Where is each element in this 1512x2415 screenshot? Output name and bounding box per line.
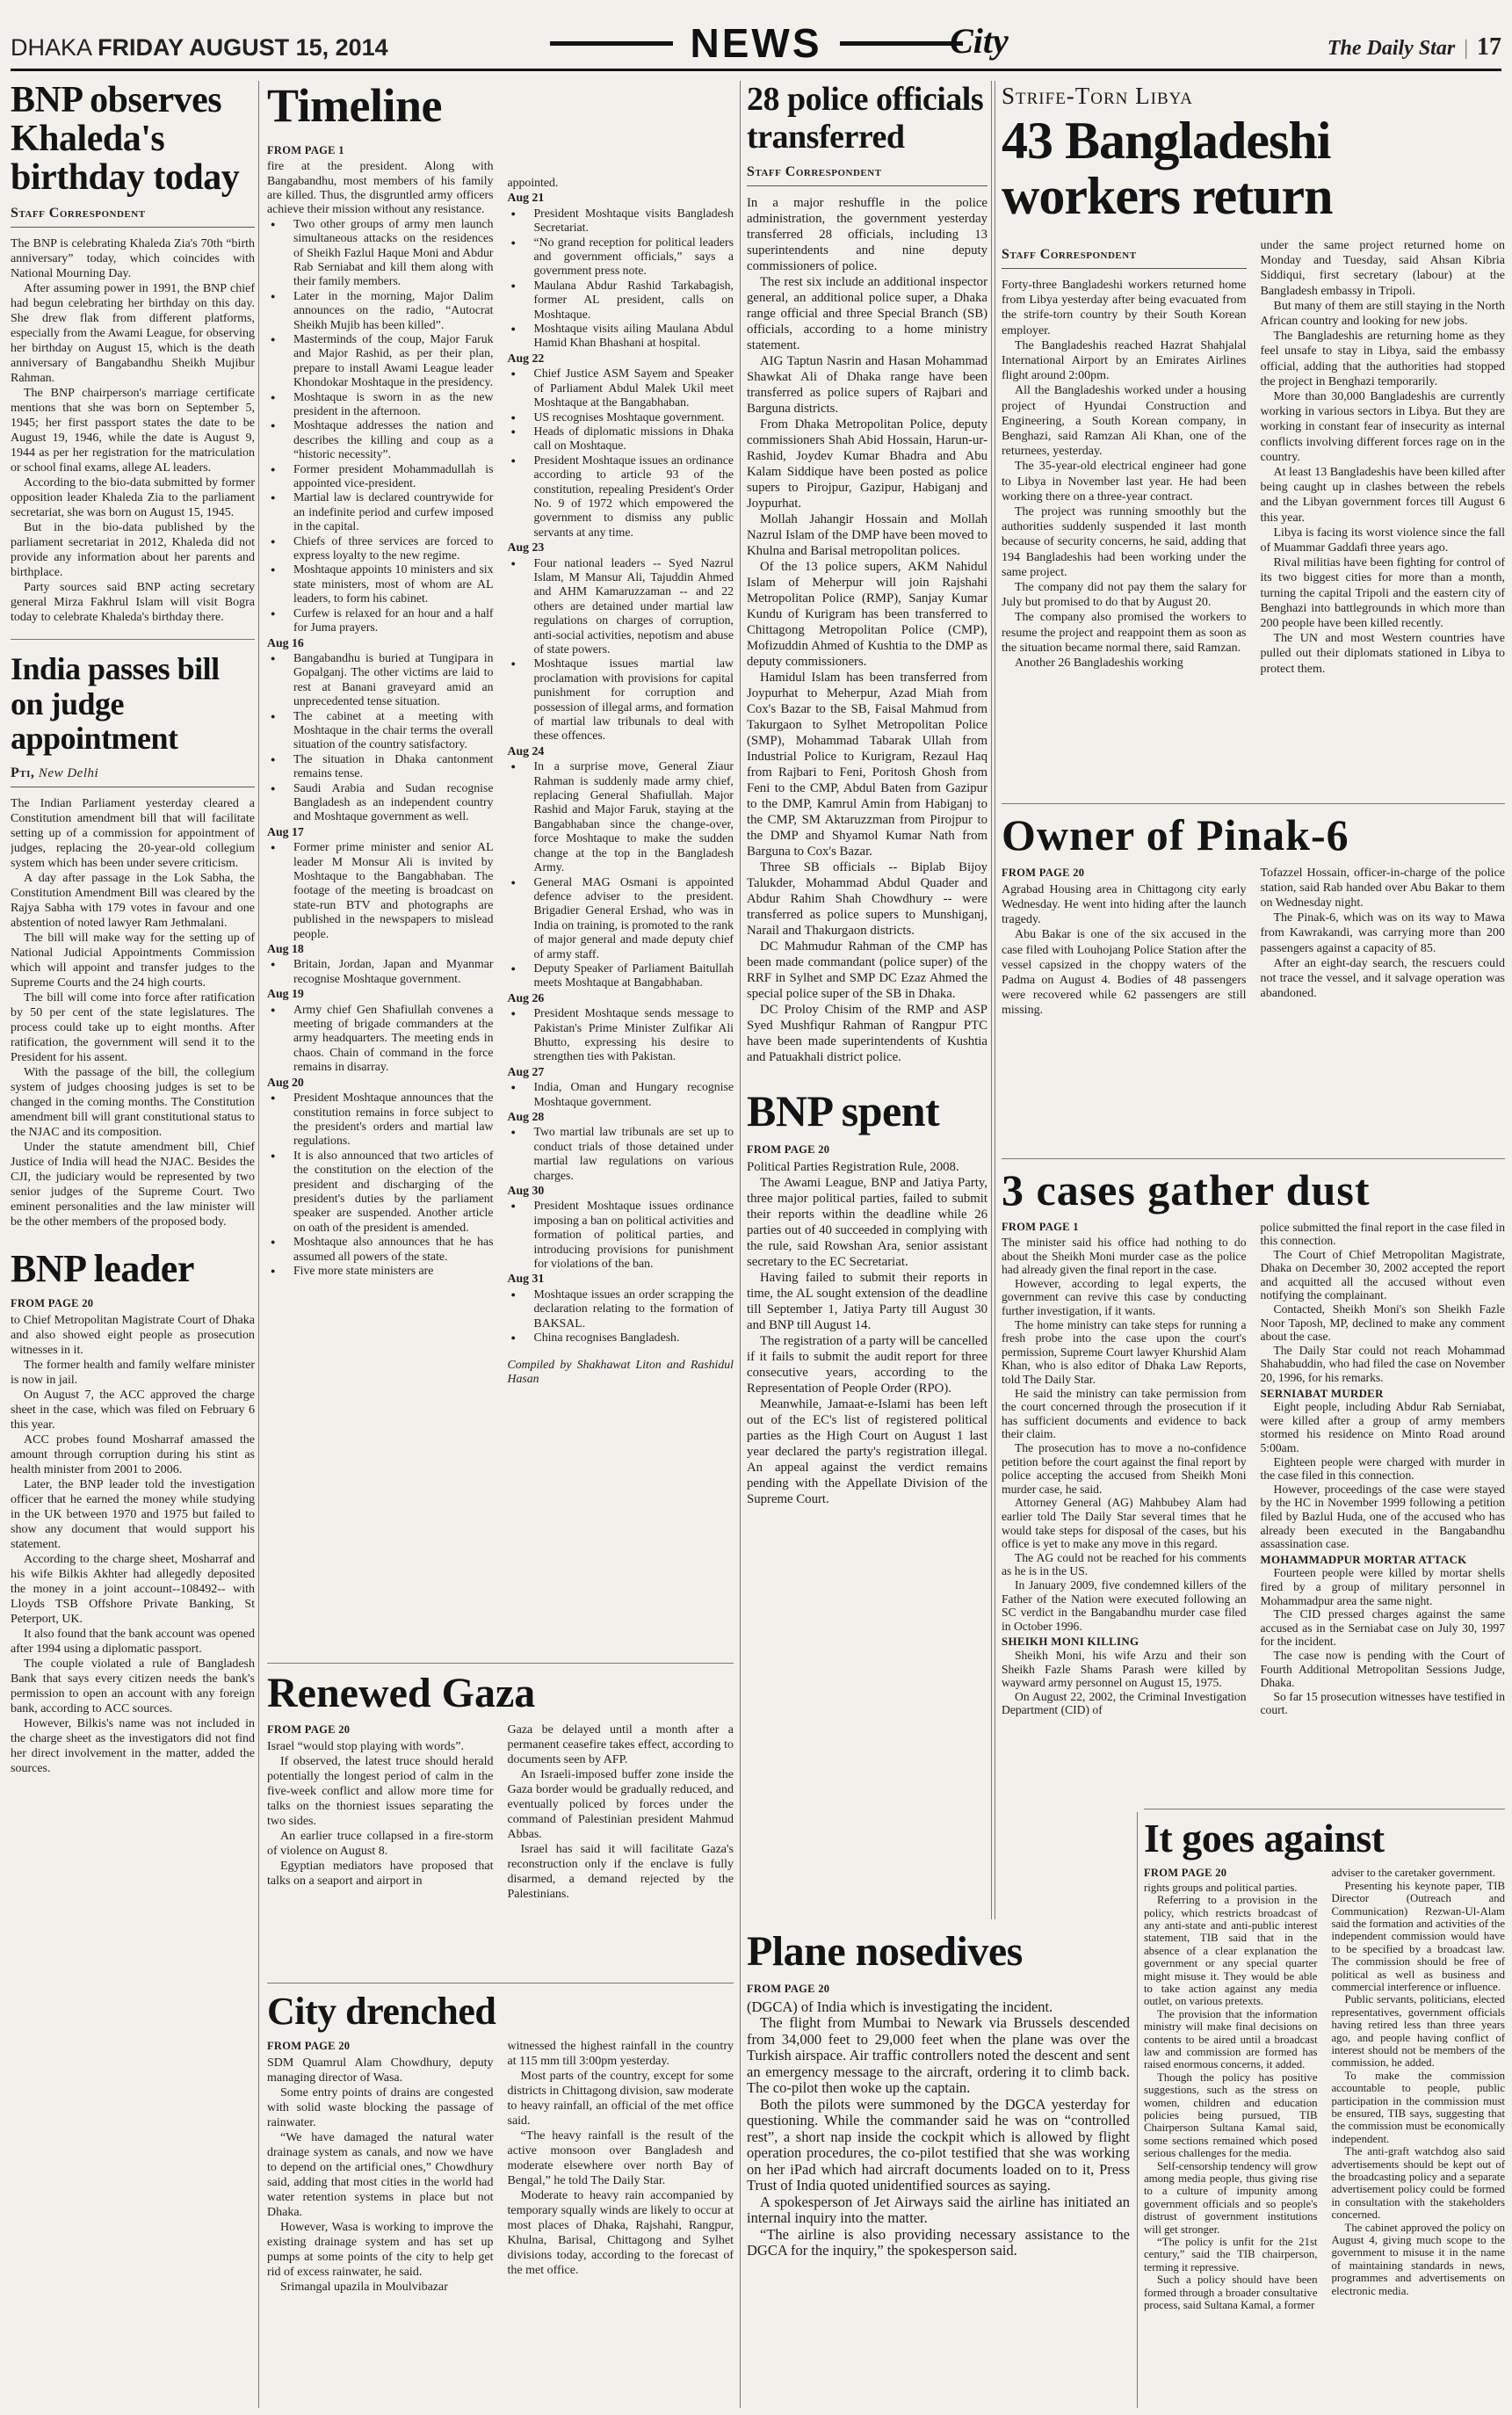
bullet-icon: ● — [271, 606, 275, 620]
paragraph: Mollah Jahangir Hossain and Mollah Nazru… — [747, 511, 988, 559]
pinak-column-right: Tofazzel Hossain, officer-in-charge of t… — [1261, 866, 1506, 1002]
article-body: Forty-three Bangladeshi workers returned… — [1002, 278, 1247, 671]
paragraph: Later, the BNP leader told the investiga… — [11, 1477, 255, 1552]
article-libya-workers: Strife-Torn Libya 43 Bangladeshi workers… — [1002, 81, 1505, 800]
bullet-text: Two martial law tribunals are set up to … — [534, 1125, 734, 1181]
paragraph: From Dhaka Metropolitan Police, deputy c… — [747, 417, 988, 511]
headline-plane-nosedives: Plane nosedives — [747, 1930, 1130, 1974]
article-body: FROM PAGE 20to Chief Metropolitan Magist… — [11, 1296, 255, 1776]
paragraph: On August 7, the ACC approved the charge… — [11, 1388, 255, 1432]
paragraph: The Court of Chief Metropolitan Magistra… — [1261, 1248, 1506, 1302]
bullet-item: ●President Moshtaque issues ordinance im… — [508, 1199, 734, 1271]
paragraph: Such a policy should have been formed th… — [1144, 2274, 1318, 2311]
paragraph: Egyptian mediators have proposed that ta… — [267, 1859, 494, 1889]
article-body: FROM PAGE 20(DGCA) of India which is inv… — [747, 1981, 1130, 2259]
bullet-icon: ● — [511, 759, 516, 773]
bullet-icon: ● — [511, 424, 516, 439]
libya-column-right: under the same project returned home on … — [1261, 238, 1506, 677]
column-rule — [991, 81, 995, 1919]
paragraph: According to the charge sheet, Mosharraf… — [11, 1552, 255, 1627]
bullet-text: Two other groups of army men launch simu… — [293, 217, 494, 288]
paragraph: Hamidul Islam has been transferred from … — [747, 670, 988, 859]
paragraph: Eight people, including Abdur Rab Sernia… — [1261, 1400, 1506, 1454]
article-it-goes-against: It goes against FROM PAGE 20rights group… — [1144, 1817, 1505, 2411]
bullet-item: ●In a surprise move, General Ziaur Rahma… — [508, 759, 734, 874]
paragraph: The bill will come into force after rati… — [11, 990, 255, 1065]
bullet-item: ●The cabinet at a meeting with Moshtaque… — [267, 709, 494, 752]
sub-heading: MOHAMMADPUR MORTAR ATTACK — [1261, 1553, 1506, 1567]
paragraph: So far 15 prosecution witnesses have tes… — [1261, 1690, 1506, 1717]
paragraph: The Awami League, BNP and Jatiya Party, … — [747, 1175, 988, 1270]
bullet-item: ●Later in the morning, Major Dalim annou… — [267, 289, 494, 332]
paragraph: An Israeli-imposed buffer zone inside th… — [508, 1767, 734, 1842]
bullet-icon: ● — [271, 217, 275, 231]
gaza-column-left: FROM PAGE 20Israel “would stop playing w… — [267, 1722, 494, 1889]
bullet-item: ●Moshtaque also announces that he has as… — [267, 1235, 494, 1264]
paragraph: The couple violated a rule of Bangladesh… — [11, 1657, 255, 1716]
bullet-icon: ● — [271, 534, 275, 548]
bullet-icon: ● — [271, 490, 275, 504]
bullet-item: ●Chief Justice ASM Sayem and Speaker of … — [508, 366, 734, 410]
paragraph: At least 13 Bangladeshis have been kille… — [1261, 465, 1506, 526]
paragraph: However, Wasa is working to improve the … — [267, 2220, 494, 2280]
paragraph: Tofazzel Hossain, officer-in-charge of t… — [1261, 866, 1506, 911]
bullet-icon: ● — [511, 236, 516, 250]
paragraph: Sheikh Moni, his wife Arzu and their son… — [1002, 1649, 1247, 1690]
date-heading: Aug 17 — [267, 825, 494, 839]
bullet-icon: ● — [511, 961, 516, 975]
bullet-icon: ● — [271, 1264, 275, 1278]
bullet-item: ●Former prime minister and senior AL lea… — [267, 840, 494, 941]
paragraph: With the passage of the bill, the colleg… — [11, 1065, 255, 1140]
bullet-item: ●Two martial law tribunals are set up to… — [508, 1125, 734, 1183]
headline-police-transfer: 28 police officials transferred — [747, 81, 988, 156]
bullet-item: ●President Moshtaque sends message to Pa… — [508, 1006, 734, 1064]
from-page-label: FROM PAGE 20 — [1144, 1867, 1318, 1879]
paragraph: The Pinak-6, which was on its way to Maw… — [1261, 910, 1506, 956]
byline: Pti, New Delhi — [11, 765, 255, 787]
bullet-icon: ● — [511, 410, 516, 424]
bullet-icon: ● — [511, 875, 516, 889]
article-bnp-leader: BNP leader FROM PAGE 20to Chief Metropol… — [11, 1249, 255, 1776]
paragraph: The project was running smoothly but the… — [1002, 504, 1247, 580]
bullet-text: Moshtaque addresses the nation and descr… — [293, 418, 494, 461]
bullet-icon: ● — [511, 453, 516, 468]
paragraph: In a major reshuffle in the police admin… — [747, 195, 988, 274]
bullet-icon: ● — [271, 1003, 275, 1017]
paragraph: Abu Bakar is one of the six accused in t… — [1002, 927, 1247, 1018]
bullet-icon: ● — [271, 418, 275, 432]
bullet-text: Later in the morning, Major Dalim announ… — [293, 289, 494, 331]
third-column: 28 police officials transferred Staff Co… — [747, 81, 988, 1923]
masthead-nameplate: The Daily Star | 17 — [1328, 33, 1501, 62]
bullet-icon: ● — [511, 556, 516, 570]
bullet-text: Moshtaque is sworn in as the new preside… — [293, 390, 494, 417]
paragraph: An earlier truce collapsed in a fire-sto… — [267, 1829, 494, 1859]
paragraph: “The heavy rainfall is the result of the… — [508, 2129, 734, 2188]
bullet-icon: ● — [511, 207, 516, 221]
date-heading: Aug 16 — [267, 636, 494, 650]
bullet-icon: ● — [511, 1125, 516, 1139]
section-rule — [1144, 1809, 1505, 1809]
paragraph: The minister said his office had nothing… — [1002, 1236, 1247, 1277]
bullet-text: Chief Justice ASM Sayem and Speaker of P… — [534, 366, 734, 409]
bullet-text: Heads of diplomatic missions in Dhaka ca… — [534, 424, 734, 452]
newspaper-page: DHAKA FRIDAY AUGUST 15, 2014 NEWS City T… — [0, 0, 1512, 2415]
bullet-item: ●China recognises Bangladesh. — [508, 1331, 734, 1345]
bullet-item: ●Masterminds of the coup, Major Faruk an… — [267, 332, 494, 390]
paragraph: Of the 13 police supers, AKM Nahidul Isl… — [747, 559, 988, 670]
bullet-icon: ● — [271, 752, 275, 766]
masthead-dateline: DHAKA FRIDAY AUGUST 15, 2014 — [11, 34, 388, 62]
bullet-item: ●Chiefs of three services are forced to … — [267, 534, 494, 563]
bullet-text: Bangabandhu is buried at Tungipara in Go… — [293, 651, 494, 707]
continuation-paragraph: police submitted the final report in the… — [1261, 1221, 1506, 1248]
paragraph: Public servants, politicians, elected re… — [1332, 1993, 1506, 2069]
paragraph: Both the pilots were summoned by the DGC… — [747, 2097, 1130, 2194]
bullet-item: ●Army chief Gen Shafiullah convenes a me… — [267, 1003, 494, 1075]
libya-column-left: Staff Correspondent Forty-three Banglade… — [1002, 238, 1247, 671]
bullet-text: Chiefs of three services are forced to e… — [293, 534, 494, 562]
bullet-icon: ● — [511, 656, 516, 671]
continuation-paragraph: appointed. — [508, 176, 734, 190]
from-page-label: FROM PAGE 20 — [747, 1142, 988, 1157]
timeline-column-left: Timeline FROM PAGE 1fire at the presiden… — [267, 81, 494, 1278]
paragraph: The bill will make way for the setting u… — [11, 931, 255, 990]
section-rule — [267, 1983, 734, 1983]
bullet-item: ●India, Oman and Hungary recognise Mosht… — [508, 1080, 734, 1109]
bullet-item: ●Curfew is relaxed for an hour and a hal… — [267, 606, 494, 635]
paragraph: Attorney General (AG) Mahbubey Alam had … — [1002, 1496, 1247, 1550]
from-page-label: FROM PAGE 20 — [1002, 866, 1247, 881]
byline: Staff Correspondent — [11, 206, 255, 228]
article-city-drenched: City drenched FROM PAGE 20SDM Quamrul Al… — [267, 1991, 734, 2410]
sub-heading: SERNIABAT MURDER — [1261, 1387, 1506, 1401]
bullet-text: Saudi Arabia and Sudan recognise Banglad… — [293, 781, 494, 823]
article-india-bill: India passes bill on judge appointment P… — [11, 639, 255, 1229]
timeline-column-right: appointed.Aug 21●President Moshtaque vis… — [508, 81, 734, 1386]
bullet-icon: ● — [271, 332, 275, 346]
from-page-label: FROM PAGE 20 — [267, 2039, 494, 2054]
paragraph: Another 26 Bangladeshis working — [1002, 656, 1247, 671]
bullet-item: ●Deputy Speaker of Parliament Baitullah … — [508, 961, 734, 990]
bullet-item: ●Four national leaders -- Syed Nazrul Is… — [508, 556, 734, 657]
paragraph: The home ministry can take steps for run… — [1002, 1318, 1247, 1387]
paragraph: The Indian Parliament yesterday cleared … — [11, 796, 255, 871]
paragraph: However, proceedings of the case were st… — [1261, 1483, 1506, 1551]
paragraph: The 35-year-old electrical engineer had … — [1002, 459, 1247, 504]
paragraph: rights groups and political parties. — [1144, 1882, 1318, 1894]
bullet-text: Former prime minister and senior AL lead… — [293, 840, 494, 939]
paragraph: Presenting his keynote paper, TIB Direct… — [1332, 1880, 1506, 1994]
masthead-date: FRIDAY AUGUST 15, 2014 — [98, 34, 388, 61]
article-police-transfer: 28 police officials transferred Staff Co… — [747, 81, 988, 1065]
paragraph: A day after passage in the Lok Sabha, th… — [11, 871, 255, 931]
paragraph: It also found that the bank account was … — [11, 1627, 255, 1657]
paragraph: The BNP is celebrating Khaleda Zia's 70t… — [11, 236, 255, 281]
from-page-label: FROM PAGE 20 — [11, 1296, 255, 1311]
bullet-item: ●Two other groups of army men launch sim… — [267, 217, 494, 289]
bullet-icon: ● — [511, 1331, 516, 1345]
date-heading: Aug 22 — [508, 352, 734, 366]
article-plane-nosedives: Plane nosedives FROM PAGE 20(DGCA) of In… — [747, 1930, 1130, 2410]
headline-india-bill: India passes bill on judge appointment — [11, 652, 255, 757]
paragraph: The BNP chairperson's marriage certifica… — [11, 386, 255, 475]
headline-bnp-leader: BNP leader — [11, 1249, 255, 1289]
bullet-icon: ● — [271, 709, 275, 723]
paragraph: The prosecution has to move a no-confide… — [1002, 1441, 1247, 1496]
date-heading: Aug 28 — [508, 1110, 734, 1124]
article-three-cases: 3 cases gather dust FROM PAGE 1The minis… — [1002, 1167, 1505, 1802]
paragraph: Eighteen people were charged with murder… — [1261, 1455, 1506, 1483]
paragraph: The anti-graft watchdog also said advert… — [1332, 2145, 1506, 2221]
paragraph: The former health and family welfare min… — [11, 1358, 255, 1388]
headline-three-cases: 3 cases gather dust — [1002, 1167, 1505, 1214]
headline-city-drenched: City drenched — [267, 1991, 734, 2032]
bullet-icon: ● — [511, 1080, 516, 1094]
timeline-flow-right: appointed.Aug 21●President Moshtaque vis… — [508, 176, 734, 1386]
paragraph: The cabinet approved the policy on Augus… — [1332, 2222, 1506, 2297]
cases-column-left: FROM PAGE 1The minister said his office … — [1002, 1221, 1247, 1717]
bullet-text: President Moshtaque sends message to Pak… — [534, 1006, 734, 1062]
paragraph: The AG could not be reached for his comm… — [1002, 1551, 1247, 1578]
bullet-item: ●President Moshtaque announces that the … — [267, 1091, 494, 1149]
paragraph: Though the policy has positive suggestio… — [1144, 2071, 1318, 2160]
bullet-item: ●Moshtaque visits ailing Maulana Abdul H… — [508, 322, 734, 351]
bullet-item: ●“No grand reception for political leade… — [508, 236, 734, 279]
itgoes-column-left: FROM PAGE 20rights groups and political … — [1144, 1867, 1318, 2311]
date-heading: Aug 24 — [508, 744, 734, 758]
continuation-paragraph: Gaza be delayed until a month after a pe… — [508, 1722, 734, 1767]
article-bnp-birthday: BNP observes Khaleda's birthday today St… — [11, 81, 255, 625]
bullet-text: General MAG Osmani is appointed defence … — [534, 875, 734, 961]
section-rule — [1002, 803, 1505, 804]
bullet-icon: ● — [511, 1287, 516, 1302]
from-page-label: FROM PAGE 1 — [1002, 1221, 1247, 1235]
paragraph: Self-censorship tendency will grow among… — [1144, 2160, 1318, 2236]
byline-place: New Delhi — [39, 766, 98, 780]
bullet-item: ●Maulana Abdur Rashid Tarkabagish, forme… — [508, 279, 734, 322]
bullet-icon: ● — [271, 651, 275, 665]
paragraph: The Daily Star could not reach Mohammad … — [1261, 1344, 1506, 1385]
bullet-text: The situation in Dhaka cantonment remain… — [293, 752, 494, 780]
paragraph: To make the commission accountable to pe… — [1332, 2070, 1506, 2145]
paragraph: He said the ministry can take permission… — [1002, 1387, 1247, 1441]
bullet-text: President Moshtaque issues an ordinance … — [534, 453, 734, 539]
bullet-text: Moshtaque issues an order scrapping the … — [534, 1287, 734, 1330]
paragraph: The CID pressed charges against the same… — [1261, 1607, 1506, 1649]
article-body: FROM PAGE 20Political Parties Registrati… — [747, 1142, 988, 1507]
paragraph: DC Mahmudur Rahman of the CMP has been m… — [747, 939, 988, 1002]
paragraph: The registration of a party will be canc… — [747, 1333, 988, 1396]
headline-timeline: Timeline — [267, 81, 494, 131]
bullet-icon: ● — [511, 279, 516, 293]
paragraph: Agrabad Housing area in Chittagong city … — [1002, 882, 1247, 928]
paragraph: A spokesperson of Jet Airways said the a… — [747, 2194, 1130, 2227]
paragraph: Israel “would stop playing with words”. — [267, 1739, 494, 1754]
bullet-item: ●President Moshtaque issues an ordinance… — [508, 453, 734, 540]
from-page-label: FROM PAGE 20 — [267, 1722, 494, 1737]
bullet-item: ●Moshtaque appoints 10 ministers and six… — [267, 562, 494, 606]
paragraph: But many of them are still staying in th… — [1261, 299, 1506, 329]
date-heading: Aug 18 — [267, 942, 494, 956]
paragraph: ACC probes found Mosharraf amassed the a… — [11, 1432, 255, 1477]
credit-line: Compiled by Shakhawat Liton and Rashidul… — [508, 1358, 734, 1387]
paragraph: However, Bilkis's name was not included … — [11, 1716, 255, 1776]
bullet-text: “No grand reception for political leader… — [534, 236, 734, 278]
column-rule — [1137, 1812, 1138, 2408]
article-renewed-gaza: Renewed Gaza FROM PAGE 20Israel “would s… — [267, 1672, 734, 1979]
paragraph: However, according to legal experts, the… — [1002, 1277, 1247, 1318]
bullet-item: ●Bangabandhu is buried at Tungipara in G… — [267, 651, 494, 709]
paragraph: “The policy is unfit for the 21st centur… — [1144, 2236, 1318, 2274]
paragraph: DC Proloy Chisim of the RMP and ASP Syed… — [747, 1002, 988, 1065]
bullet-item: ●Moshtaque addresses the nation and desc… — [267, 418, 494, 461]
article-pinak-owner: Owner of Pinak-6 FROM PAGE 20Agrabad Hou… — [1002, 812, 1505, 1153]
bullet-icon: ● — [271, 1091, 275, 1105]
date-heading: Aug 20 — [267, 1076, 494, 1090]
article-body: The Indian Parliament yesterday cleared … — [11, 796, 255, 1229]
bullet-icon: ● — [511, 1199, 516, 1213]
paragraph: Libya is facing its worst violence since… — [1261, 526, 1506, 555]
bullet-item: ●Saudi Arabia and Sudan recognise Bangla… — [267, 781, 494, 824]
cases-column-right: police submitted the final report in the… — [1261, 1221, 1506, 1717]
headline-libya-workers: 43 Bangladeshi workers return — [1002, 113, 1505, 224]
bullet-text: Army chief Gen Shafiullah convenes a mee… — [293, 1003, 494, 1074]
bullet-item: ●It is also announced that two articles … — [267, 1149, 494, 1235]
bullet-text: Britain, Jordan, Japan and Myanmar recog… — [293, 957, 494, 984]
bullet-text: India, Oman and Hungary recognise Moshta… — [534, 1080, 734, 1107]
left-column: BNP observes Khaleda's birthday today St… — [11, 81, 255, 2408]
paragraph: Most parts of the country, except for so… — [508, 2069, 734, 2129]
headline-it-goes-against: It goes against — [1144, 1817, 1505, 1860]
bullet-icon: ● — [271, 462, 275, 476]
paragraph: “We have damaged the natural water drain… — [267, 2130, 494, 2220]
bullet-text: President Moshtaque announces that the c… — [293, 1091, 494, 1147]
bullet-icon: ● — [271, 840, 275, 854]
paragraph: Three SB officials -- Biplab Bijoy Taluk… — [747, 859, 988, 939]
bullet-text: Moshtaque visits ailing Maulana Abdul Ha… — [534, 322, 734, 349]
kicker-strife-torn-libya: Strife-Torn Libya — [1002, 83, 1505, 110]
section-rule — [1002, 1158, 1505, 1159]
paragraph: Some entry points of drains are congeste… — [267, 2085, 494, 2130]
bullet-icon: ● — [271, 390, 275, 404]
byline: Staff Correspondent — [747, 164, 988, 186]
paragraph: Political Parties Registration Rule, 200… — [747, 1159, 988, 1175]
bullet-icon: ● — [271, 562, 275, 577]
city-column-left: FROM PAGE 20SDM Quamrul Alam Chowdhury, … — [267, 2039, 494, 2295]
bullet-text: Four national leaders -- Syed Nazrul Isl… — [534, 556, 734, 656]
date-heading: Aug 30 — [508, 1184, 734, 1198]
date-heading: Aug 27 — [508, 1065, 734, 1079]
bullet-text: China recognises Bangladesh. — [534, 1331, 680, 1344]
paragraph: Referring to a provision in the policy, … — [1144, 1894, 1318, 2008]
city-column-right: witnessed the highest rainfall in the co… — [508, 2039, 734, 2278]
paragraph: Fourteen people were killed by mortar sh… — [1261, 1566, 1506, 1607]
date-heading: Aug 26 — [508, 991, 734, 1005]
bullet-text: Moshtaque also announces that he has ass… — [293, 1235, 494, 1262]
paragraph: Under the statute amendment bill, Chief … — [11, 1140, 255, 1229]
paragraph: All the Bangladeshis worked under a hous… — [1002, 383, 1247, 459]
bullet-text: President Moshtaque issues ordinance imp… — [534, 1199, 734, 1270]
masthead: DHAKA FRIDAY AUGUST 15, 2014 NEWS City T… — [11, 5, 1501, 71]
date-heading: Aug 21 — [508, 191, 734, 205]
article-body: The BNP is celebrating Khaleda Zia's 70t… — [11, 236, 255, 625]
pinak-column-left: FROM PAGE 20Agrabad Housing area in Chit… — [1002, 866, 1247, 1019]
byline-agency: Pti, — [11, 765, 34, 780]
paragraph: According to the bio-data submitted by f… — [11, 475, 255, 520]
continuation-paragraph: under the same project returned home on … — [1261, 238, 1506, 299]
paragraph: Israel has said it will facilitate Gaza'… — [508, 1842, 734, 1902]
paragraph: Having failed to submit their reports in… — [747, 1270, 988, 1333]
bullet-item: ●Martial law is declared countrywide for… — [267, 490, 494, 533]
paragraph: The UN and most Western countries have p… — [1261, 631, 1506, 677]
bullet-text: Masterminds of the coup, Major Faruk and… — [293, 332, 494, 388]
bullet-item: ●Moshtaque is sworn in as the new presid… — [267, 390, 494, 419]
paragraph: The rest six include an additional inspe… — [747, 274, 988, 353]
paragraph: Rival militias have been fighting for co… — [1261, 555, 1506, 631]
paragraph: Meanwhile, Jamaat-e-Islami has been left… — [747, 1396, 988, 1507]
column-rule — [258, 81, 259, 2408]
from-page-label: FROM PAGE 20 — [747, 1981, 1130, 1998]
bullet-item: ●Five more state ministers are — [267, 1264, 494, 1278]
bullet-text: Curfew is relaxed for an hour and a half… — [293, 606, 494, 634]
headline-bnp-spent: BNP spent — [747, 1088, 988, 1135]
bullet-item: ●Moshtaque issues martial law proclamati… — [508, 656, 734, 743]
paragraph: The Bangladeshis are returning home as t… — [1261, 329, 1506, 389]
date-heading: Aug 31 — [508, 1272, 734, 1286]
paragraph: Srimangal upazila in Moulvibazar — [267, 2280, 494, 2295]
bullet-icon: ● — [511, 366, 516, 381]
bullet-item: ●General MAG Osmani is appointed defence… — [508, 875, 734, 961]
masthead-separator: | — [1464, 37, 1468, 61]
bullet-text: Deputy Speaker of Parliament Baitullah m… — [534, 961, 734, 989]
paragraph: The Bangladeshis reached Hazrat Shahjala… — [1002, 338, 1247, 384]
headline-pinak-owner: Owner of Pinak-6 — [1002, 812, 1505, 859]
bullet-text: Moshtaque issues martial law proclamatio… — [534, 656, 734, 742]
bullet-text: Five more state ministers are — [293, 1264, 433, 1277]
bullet-text: Maulana Abdur Rashid Tarkabagish, former… — [534, 279, 734, 321]
paragraph: SDM Quamrul Alam Chowdhury, deputy manag… — [267, 2056, 494, 2085]
paragraph: The provision that the information minis… — [1144, 2008, 1318, 2071]
paragraph: Forty-three Bangladeshi workers returned… — [1002, 278, 1247, 338]
paragraph: AIG Taptun Nasrin and Hasan Mohammad Sha… — [747, 353, 988, 417]
bullet-text: The cabinet at a meeting with Moshtaque … — [293, 709, 494, 751]
column-rule — [740, 81, 741, 2408]
bullet-icon: ● — [271, 1149, 275, 1163]
article-bnp-spent: BNP spent FROM PAGE 20Political Parties … — [747, 1088, 988, 1507]
paragraph: In January 2009, five condemned killers … — [1002, 1578, 1247, 1633]
paragraph: The case now is pending with the Court o… — [1261, 1649, 1506, 1690]
page-number: 17 — [1477, 33, 1501, 62]
timeline-flow-left: FROM PAGE 1fire at the president. Along … — [267, 143, 494, 1279]
bullet-text: In a surprise move, General Ziaur Rahman… — [534, 759, 734, 874]
bullet-item: ●Britain, Jordan, Japan and Myanmar reco… — [267, 957, 494, 986]
paragraph: fire at the president. Along with Bangab… — [267, 159, 494, 217]
continuation-paragraph: adviser to the caretaker government. — [1332, 1867, 1506, 1879]
sub-heading: SHEIKH MONI KILLING — [1002, 1635, 1247, 1649]
section-rule — [267, 1663, 734, 1664]
masthead-news-label: NEWS — [550, 19, 963, 67]
date-heading: Aug 19 — [267, 987, 494, 1001]
headline-bnp-birthday: BNP observes Khaleda's birthday today — [11, 81, 255, 197]
bullet-icon: ● — [271, 957, 275, 971]
continuation-paragraph: witnessed the highest rainfall in the co… — [508, 2039, 734, 2069]
article-timeline: Timeline FROM PAGE 1fire at the presiden… — [267, 81, 734, 1657]
bullet-item: ●Heads of diplomatic missions in Dhaka c… — [508, 424, 734, 453]
paragraph: More than 30,000 Bangladeshis are curren… — [1261, 389, 1506, 465]
bullet-icon: ● — [511, 322, 516, 336]
